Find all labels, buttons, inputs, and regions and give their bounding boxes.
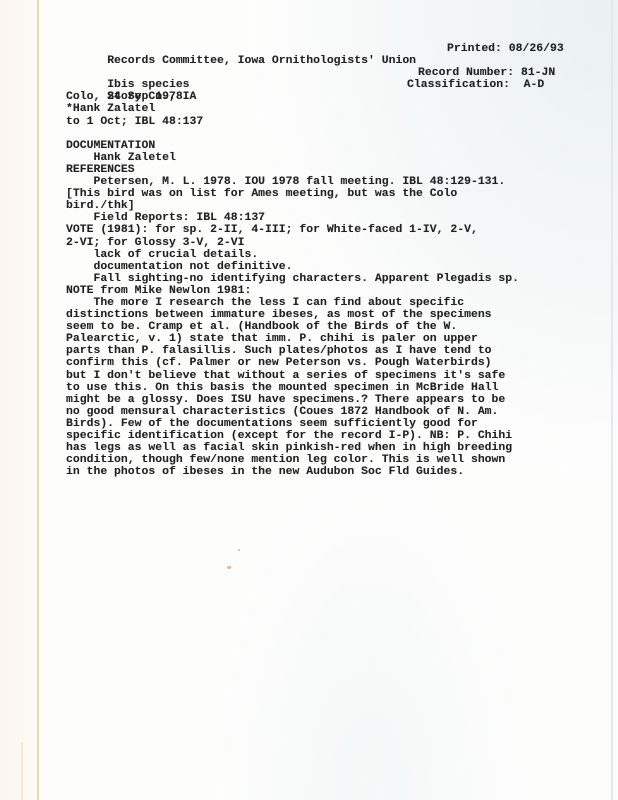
- page-right-edge-line: [611, 0, 613, 800]
- committee-title: Records Committee, Iowa Ornithologists' …: [107, 54, 416, 67]
- doc-line: 2-VI; for Glossy 3-V, 2-VI: [66, 237, 519, 249]
- doc-line: documentation not definitive.: [66, 261, 519, 273]
- notebook-margin-line: [37, 0, 39, 800]
- doc-line: confirm this (cf. Palmer or new Peterson…: [66, 357, 519, 369]
- blank-line: [66, 128, 519, 140]
- secondary-margin-line: [21, 742, 23, 800]
- doc-line: but I don't believe that without a serie…: [66, 370, 519, 382]
- classification: Classification: A-D: [407, 79, 544, 91]
- doc-line: might be a glossy. Does ISU have specime…: [66, 394, 519, 406]
- typewritten-text-block: Records Committee, Iowa Ornithologists' …: [66, 43, 519, 478]
- doc-line: in the photos of ibeses in the new Audub…: [66, 466, 519, 478]
- doc-header-line: Records Committee, Iowa Ornithologists' …: [66, 43, 519, 55]
- doc-line: lack of crucial details.: [66, 249, 519, 261]
- doc-line: VOTE (1981): for sp. 2-II, 4-III; for Wh…: [66, 224, 519, 236]
- paper-speck: [238, 549, 240, 551]
- date-range: to 1 Oct; IBL 48:137: [66, 116, 519, 128]
- printed-date: Printed: 08/26/93: [447, 43, 564, 55]
- doc-line: to use this. On this basis the mounted s…: [66, 382, 519, 394]
- document-body: DOCUMENTATION Hank ZaletelREFERENCES Pet…: [66, 140, 519, 479]
- scanned-document-page: Records Committee, Iowa Ornithologists' …: [0, 0, 618, 800]
- observer: *Hank Zalatel: [66, 103, 519, 115]
- left-margin-strip: [0, 0, 37, 800]
- paper-speck: [227, 566, 231, 569]
